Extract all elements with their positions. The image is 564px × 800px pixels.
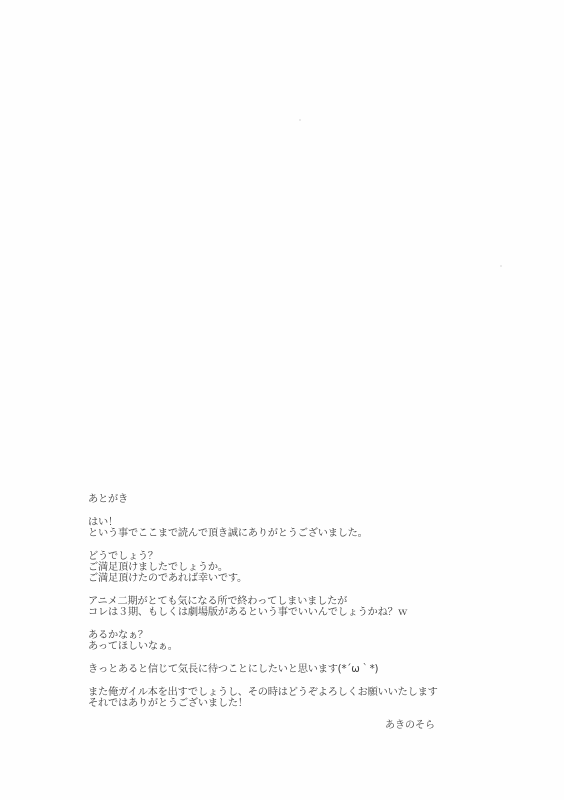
paragraph-closing: また俺ガイル本を出すでしょうし、その時はどうぞよろしくお願いいたします それでは… — [88, 687, 488, 709]
text-line: コレは３期、もしくは劇場版があるという事でいいんでしょうかね？ｗ — [88, 607, 488, 618]
text-line: はい！ — [88, 517, 488, 528]
text-line: あるかなぁ？ — [88, 630, 488, 641]
paragraph-hope: あるかなぁ？ あってほしいなぁ。 — [88, 630, 488, 652]
paragraph-thanks: はい！ という事でここまで読んで頂き誠にありがとうございました。 — [88, 517, 488, 539]
text-line: あってほしいなぁ。 — [88, 641, 488, 652]
document-page: あとがき はい！ という事でここまで読んで頂き誠にありがとうございました。 どう… — [0, 0, 564, 800]
text-line: どうでしょう？ — [88, 551, 488, 562]
text-line: それではありがとうございました！ — [88, 698, 488, 709]
paragraph-believe: きっとあると信じて気長に待つことにしたいと思います(*´ω｀*) — [88, 664, 488, 675]
text-line: また俺ガイル本を出すでしょうし、その時はどうぞよろしくお願いいたします — [88, 687, 488, 698]
paragraph-satisfaction: どうでしょう？ ご満足頂けましたでしょうか。 ご満足頂けたのであれば幸いです。 — [88, 551, 488, 584]
paragraph-anime-season: アニメ二期がとても気になる所で終わってしまいましたが コレは３期、もしくは劇場版… — [88, 596, 488, 618]
scan-speck — [500, 265, 502, 267]
afterword-body: あとがき はい！ という事でここまで読んで頂き誠にありがとうございました。 どう… — [88, 494, 488, 721]
text-line: という事でここまで読んで頂き誠にありがとうございました。 — [88, 528, 488, 539]
scan-speck — [299, 119, 301, 121]
text-line: ご満足頂けたのであれば幸いです。 — [88, 573, 488, 584]
text-line: きっとあると信じて気長に待つことにしたいと思います(*´ω｀*) — [88, 664, 488, 675]
author-signature: あきのそら — [385, 720, 435, 731]
text-line: ご満足頂けましたでしょうか。 — [88, 562, 488, 573]
afterword-heading: あとがき — [88, 494, 488, 505]
text-line: アニメ二期がとても気になる所で終わってしまいましたが — [88, 596, 488, 607]
